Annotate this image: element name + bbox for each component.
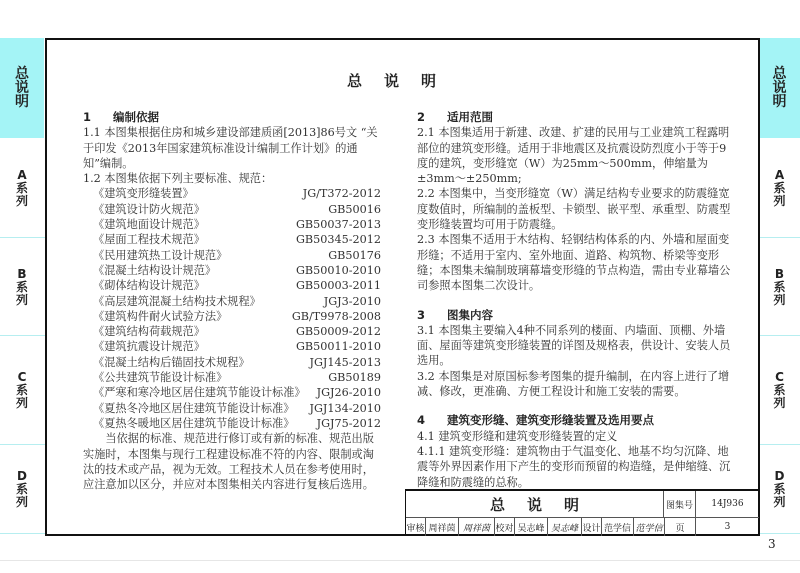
tab-label: B系列 bbox=[15, 268, 29, 307]
checker-name: 吴志峰 bbox=[515, 518, 548, 536]
standard-code: JGJ3-2010 bbox=[324, 294, 381, 309]
standard-code: JGJ145-2013 bbox=[309, 355, 381, 370]
standard-row: 《混凝土结构后锚固技术规程》JGJ145-2013 bbox=[83, 355, 381, 370]
tab-label: D系列 bbox=[773, 470, 787, 509]
design-label: 设计 bbox=[582, 518, 602, 536]
check-label: 校对 bbox=[495, 518, 515, 536]
standard-name: 《公共建筑节能设计标准》 bbox=[93, 370, 227, 385]
page-title: 总说明 bbox=[47, 70, 758, 91]
section-title: 图集内容 bbox=[447, 308, 493, 322]
right-tab-general-notes[interactable]: 总说明 bbox=[759, 38, 800, 138]
tab-divider bbox=[759, 533, 800, 534]
standard-code: JG/T372-2012 bbox=[303, 186, 381, 201]
section-number: 3 bbox=[417, 308, 447, 323]
paragraph-4-1: 4.1 建筑变形缝和建筑变形缝装置的定义 bbox=[417, 429, 733, 444]
standard-row: 《建筑设计防火规范》GB50016 bbox=[83, 202, 381, 217]
tab-label: 总说明 bbox=[15, 67, 29, 109]
standard-row: 《屋面工程技术规范》GB50345-2012 bbox=[83, 232, 381, 247]
paragraph-2-1: 2.1 本图集适用于新建、改建、扩建的民用与工业建筑工程露明部位的建筑变形缝。适… bbox=[417, 125, 733, 186]
paragraph-1-2: 1.2 本图集依据下列主要标准、规范： bbox=[83, 171, 381, 186]
tab-label: A系列 bbox=[15, 169, 29, 208]
page-value: 3 bbox=[696, 518, 759, 536]
standard-code: GB50189 bbox=[328, 370, 381, 385]
standard-code: JGJ26-2010 bbox=[317, 385, 381, 400]
right-tab-a-series[interactable]: A系列 bbox=[759, 138, 800, 238]
standard-name: 《建筑抗震设计规范》 bbox=[93, 339, 205, 354]
footer-page-number: 3 bbox=[768, 537, 776, 551]
review-label: 审核 bbox=[406, 518, 426, 536]
tab-divider bbox=[0, 533, 45, 534]
reviewer-name: 周祥茵 bbox=[426, 518, 459, 536]
section-number: 4 bbox=[417, 413, 447, 428]
page-bottom-edge bbox=[0, 560, 800, 561]
tab-label: A系列 bbox=[773, 169, 787, 208]
left-tab-c-series[interactable]: C系列 bbox=[0, 336, 44, 444]
paragraph-3-1: 3.1 本图集主要编入4种不同系列的楼面、内墙面、顶棚、外墙面、屋面等建筑变形缝… bbox=[417, 323, 733, 369]
section-title: 编制依据 bbox=[113, 110, 159, 124]
standard-name: 《混凝土结构设计规范》 bbox=[93, 263, 216, 278]
standard-row: 《建筑地面设计规范》GB50037-2013 bbox=[83, 217, 381, 232]
section-1-heading: 1编制依据 bbox=[83, 110, 381, 125]
tab-label: C系列 bbox=[15, 371, 29, 410]
designer-signature: 范学信 bbox=[634, 518, 665, 536]
designer-name: 范学信 bbox=[602, 518, 634, 536]
title-block-row-signatures: 审核 周祥茵 周祥茵 校对 吴志峰 吴志峰 设计 范学信 范学信 页 3 bbox=[406, 518, 759, 536]
left-tab-a-series[interactable]: A系列 bbox=[0, 138, 44, 238]
left-column: 1编制依据 1.1 本图集根据住房和城乡建设部建质函[2013]86号文 “关于… bbox=[83, 110, 381, 492]
page-label: 页 bbox=[665, 518, 696, 536]
standard-code: JGJ134-2010 bbox=[309, 401, 381, 416]
standard-name: 《建筑结构荷载规范》 bbox=[93, 324, 205, 339]
standard-code: GB50003-2011 bbox=[296, 278, 381, 293]
standard-row: 《建筑结构荷载规范》GB50009-2012 bbox=[83, 324, 381, 339]
standard-name: 《严寒和寒冷地区居住建筑节能设计标准》 bbox=[93, 385, 306, 400]
standard-row: 《民用建筑热工设计规范》GB50176 bbox=[83, 248, 381, 263]
section-2-heading: 2适用范围 bbox=[417, 110, 733, 125]
standard-name: 《夏热冬冷地区居住建筑节能设计标准》 bbox=[93, 401, 294, 416]
standard-row: 《公共建筑节能设计标准》GB50189 bbox=[83, 370, 381, 385]
standard-code: GB50176 bbox=[328, 248, 381, 263]
right-tab-b-series[interactable]: B系列 bbox=[759, 238, 800, 336]
standard-name: 《混凝土结构后锚固技术规程》 bbox=[93, 355, 250, 370]
tab-label: 总说明 bbox=[773, 67, 787, 109]
standard-code: GB50037-2013 bbox=[296, 217, 381, 232]
drawing-frame: 总说明 1编制依据 1.1 本图集根据住房和城乡建设部建质函[2013]86号文… bbox=[45, 38, 760, 536]
section-3-heading: 3图集内容 bbox=[417, 308, 733, 323]
paragraph-2-3: 2.3 本图集不适用于木结构、轻钢结构体系的内、外墙和屋面变形缝；不适用于室内、… bbox=[417, 232, 733, 293]
standard-code: GB50016 bbox=[328, 202, 381, 217]
standard-name: 《建筑地面设计规范》 bbox=[93, 217, 205, 232]
standard-code: JGJ75-2012 bbox=[317, 416, 381, 431]
left-tab-b-series[interactable]: B系列 bbox=[0, 238, 44, 336]
standard-code: GB50010-2010 bbox=[296, 263, 381, 278]
left-tab-d-series[interactable]: D系列 bbox=[0, 445, 44, 533]
checker-signature: 吴志峰 bbox=[548, 518, 582, 536]
standard-name: 《建筑变形缝装置》 bbox=[93, 186, 194, 201]
standard-row: 《混凝土结构设计规范》GB50010-2010 bbox=[83, 263, 381, 278]
section-number: 2 bbox=[417, 110, 447, 125]
standard-name: 《夏热冬暖地区居住建筑节能设计标准》 bbox=[93, 416, 294, 431]
spacer bbox=[417, 294, 733, 308]
standard-name: 《建筑设计防火规范》 bbox=[93, 202, 205, 217]
paragraph-3-2: 3.2 本图集是对原国标参考图集的提升编制，在内容上进行了增减、修改，更准确、方… bbox=[417, 369, 733, 400]
right-tab-d-series[interactable]: D系列 bbox=[759, 445, 800, 533]
atlas-number-label: 图集号 bbox=[664, 491, 696, 517]
title-block-row-title: 总说明 图集号 14J936 bbox=[406, 491, 759, 518]
paragraph-4-1-1: 4.1.1 建筑变形缝：建筑物由于气温变化、地基不均匀沉降、地震等外界因素作用下… bbox=[417, 444, 733, 490]
standard-row: 《夏热冬暖地区居住建筑节能设计标准》JGJ75-2012 bbox=[83, 416, 381, 431]
tab-label: D系列 bbox=[15, 470, 29, 509]
standard-name: 《高层建筑混凝土结构技术规程》 bbox=[93, 294, 261, 309]
standard-row: 《严寒和寒冷地区居住建筑节能设计标准》JGJ26-2010 bbox=[83, 385, 381, 400]
standard-row: 《砌体结构设计规范》GB50003-2011 bbox=[83, 278, 381, 293]
section-4-heading: 4建筑变形缝、建筑变形缝装置及选用要点 bbox=[417, 413, 733, 428]
standards-list: 《建筑变形缝装置》JG/T372-2012 《建筑设计防火规范》GB50016 … bbox=[83, 186, 381, 431]
title-block-title: 总说明 bbox=[406, 491, 664, 517]
standard-name: 《民用建筑热工设计规范》 bbox=[93, 248, 227, 263]
right-tab-c-series[interactable]: C系列 bbox=[759, 336, 800, 444]
standard-code: GB/T9978-2008 bbox=[292, 309, 381, 324]
tab-label: B系列 bbox=[773, 268, 787, 307]
standard-row: 《高层建筑混凝土结构技术规程》JGJ3-2010 bbox=[83, 294, 381, 309]
standard-row: 《夏热冬冷地区居住建筑节能设计标准》JGJ134-2010 bbox=[83, 401, 381, 416]
standard-name: 《建筑构件耐火试验方法》 bbox=[93, 309, 227, 324]
standard-row: 《建筑变形缝装置》JG/T372-2012 bbox=[83, 186, 381, 201]
standard-code: GB50011-2010 bbox=[296, 339, 381, 354]
paragraph-1-1: 1.1 本图集根据住房和城乡建设部建质函[2013]86号文 “关于印发《201… bbox=[83, 125, 381, 171]
reviewer-signature: 周祥茵 bbox=[459, 518, 495, 536]
right-column: 2适用范围 2.1 本图集适用于新建、改建、扩建的民用与工业建筑工程露明部位的建… bbox=[417, 110, 733, 490]
standard-code: GB50009-2012 bbox=[296, 324, 381, 339]
title-block: 总说明 图集号 14J936 审核 周祥茵 周祥茵 校对 吴志峰 吴志峰 设计 … bbox=[405, 489, 759, 536]
standard-name: 《砌体结构设计规范》 bbox=[93, 278, 205, 293]
left-tab-general-notes[interactable]: 总说明 bbox=[0, 38, 44, 138]
section-title: 适用范围 bbox=[447, 110, 493, 124]
spacer bbox=[417, 399, 733, 413]
standards-note: 当依据的标准、规范进行修订或有新的标准、规范出版实施时，本图集与现行工程建设标准… bbox=[83, 431, 381, 492]
tab-label: C系列 bbox=[773, 371, 787, 410]
standard-name: 《屋面工程技术规范》 bbox=[93, 232, 205, 247]
section-number: 1 bbox=[83, 110, 113, 125]
atlas-number: 14J936 bbox=[696, 491, 759, 517]
paragraph-2-2: 2.2 本图集中，当变形缝宽（W）满足结构专业要求的防震缝宽度数值时，所编制的盖… bbox=[417, 186, 733, 232]
standard-code: GB50345-2012 bbox=[296, 232, 381, 247]
section-title: 建筑变形缝、建筑变形缝装置及选用要点 bbox=[447, 413, 654, 427]
standard-row: 《建筑抗震设计规范》GB50011-2010 bbox=[83, 339, 381, 354]
standard-row: 《建筑构件耐火试验方法》GB/T9978-2008 bbox=[83, 309, 381, 324]
